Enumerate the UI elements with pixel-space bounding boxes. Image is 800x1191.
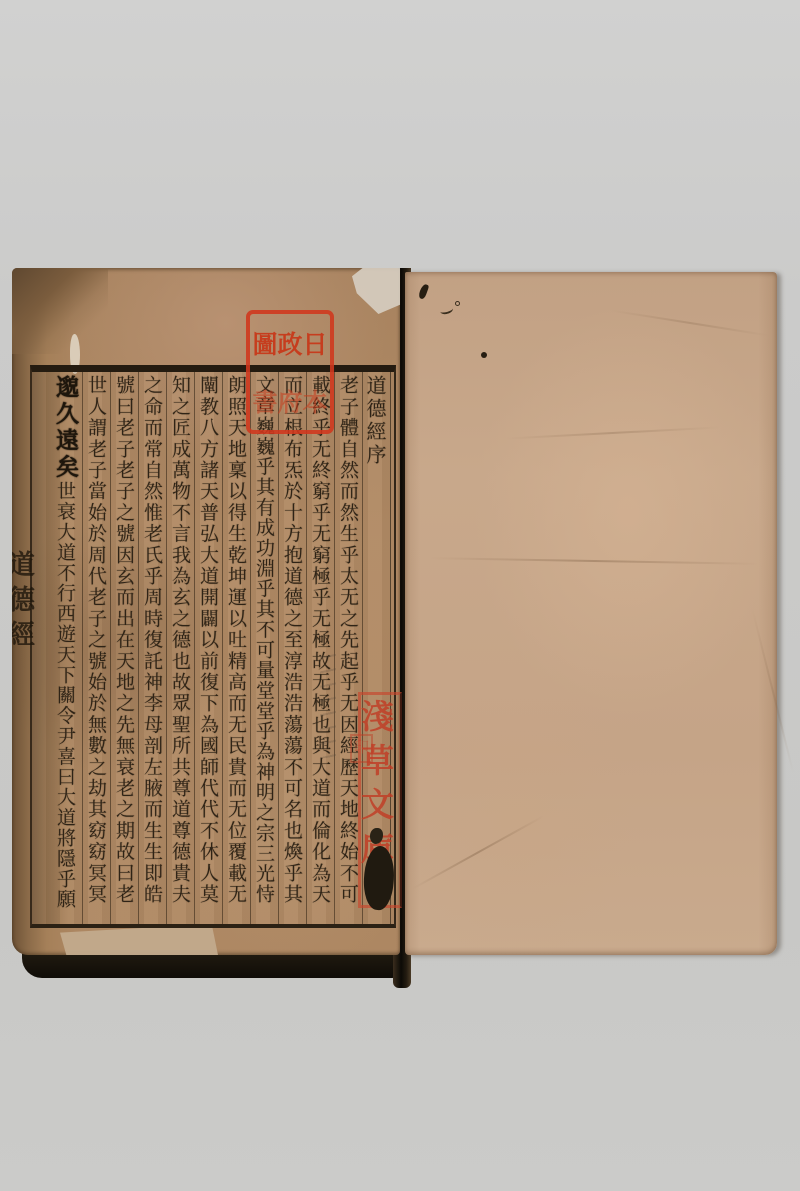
left-page: 道德經 道德經序 老子體自然而然生乎太无之先起乎无因經歷天地終始不可稱 載終乎无…: [12, 268, 400, 955]
text-columns: 道德經序 老子體自然而然生乎太无之先起乎无因經歷天地終始不可稱 載終乎无終窮乎无…: [32, 372, 390, 924]
paper-chip: [352, 268, 400, 314]
text-column: 號曰老子老子之號因玄而出在天地之先無衰老之期故曰老子: [110, 372, 138, 924]
text-column: 文章巍巍乎其有成功淵乎其不可量堂堂乎為神明之宗三光恃以: [250, 372, 278, 924]
spine-corner-shade: [12, 268, 108, 354]
text-column: 之命而常自然惟老氏乎周時復託神李母剖左腋而生生即皓然: [138, 372, 166, 924]
spine-label: 道德經: [12, 550, 36, 690]
library-seal-row-bottom: 本府書: [250, 372, 330, 430]
library-seal: 日政圖 本府書: [246, 310, 334, 434]
paper-tear-patch: [60, 924, 218, 955]
right-page: [405, 272, 777, 955]
text-block: 道德經序 老子體自然而然生乎太无之先起乎无因經歷天地終始不可稱 載終乎无終窮乎无…: [30, 365, 396, 928]
ink-speck: [481, 352, 487, 358]
text-column: 朗照天地稟以得生乾坤運以吐精高而无民貴而无位覆載无窮: [222, 372, 250, 924]
text-column: 闡教八方諸天普弘大道開闢以前復下為國師代代不休人莫能: [194, 372, 222, 924]
text-column: 載終乎无終窮乎无窮極乎无極故无極也與大道而倫化為天地: [306, 372, 334, 924]
text-column: 而立根布炁於十方抱道德之至淳浩浩蕩蕩不可名也煥乎其有: [278, 372, 306, 924]
spine-label-text: 道德經: [12, 550, 36, 655]
pencil-scribble-marks: [320, 650, 336, 758]
book-photograph: 道德經 道德經序 老子體自然而然生乎太无之先起乎无因經歷天地終始不可稱 載終乎无…: [0, 0, 800, 1191]
text-column: 世人謂老子當始於周代老子之號始於無數之劫其窈窈冥冥眇: [82, 372, 110, 924]
handwritten-repair-characters: 邈久遠矣: [52, 375, 79, 481]
text-column-last: 邈久遠矣世衰大道不行西遊天下關令尹喜曰大道將隱乎願為: [46, 372, 82, 924]
library-seal-row-top: 日政圖: [250, 314, 330, 372]
text-column: 知之匠成萬物不言我為玄之德也故眾聖所共尊道尊德貴夫莫: [166, 372, 194, 924]
ink-speck: [455, 301, 460, 306]
